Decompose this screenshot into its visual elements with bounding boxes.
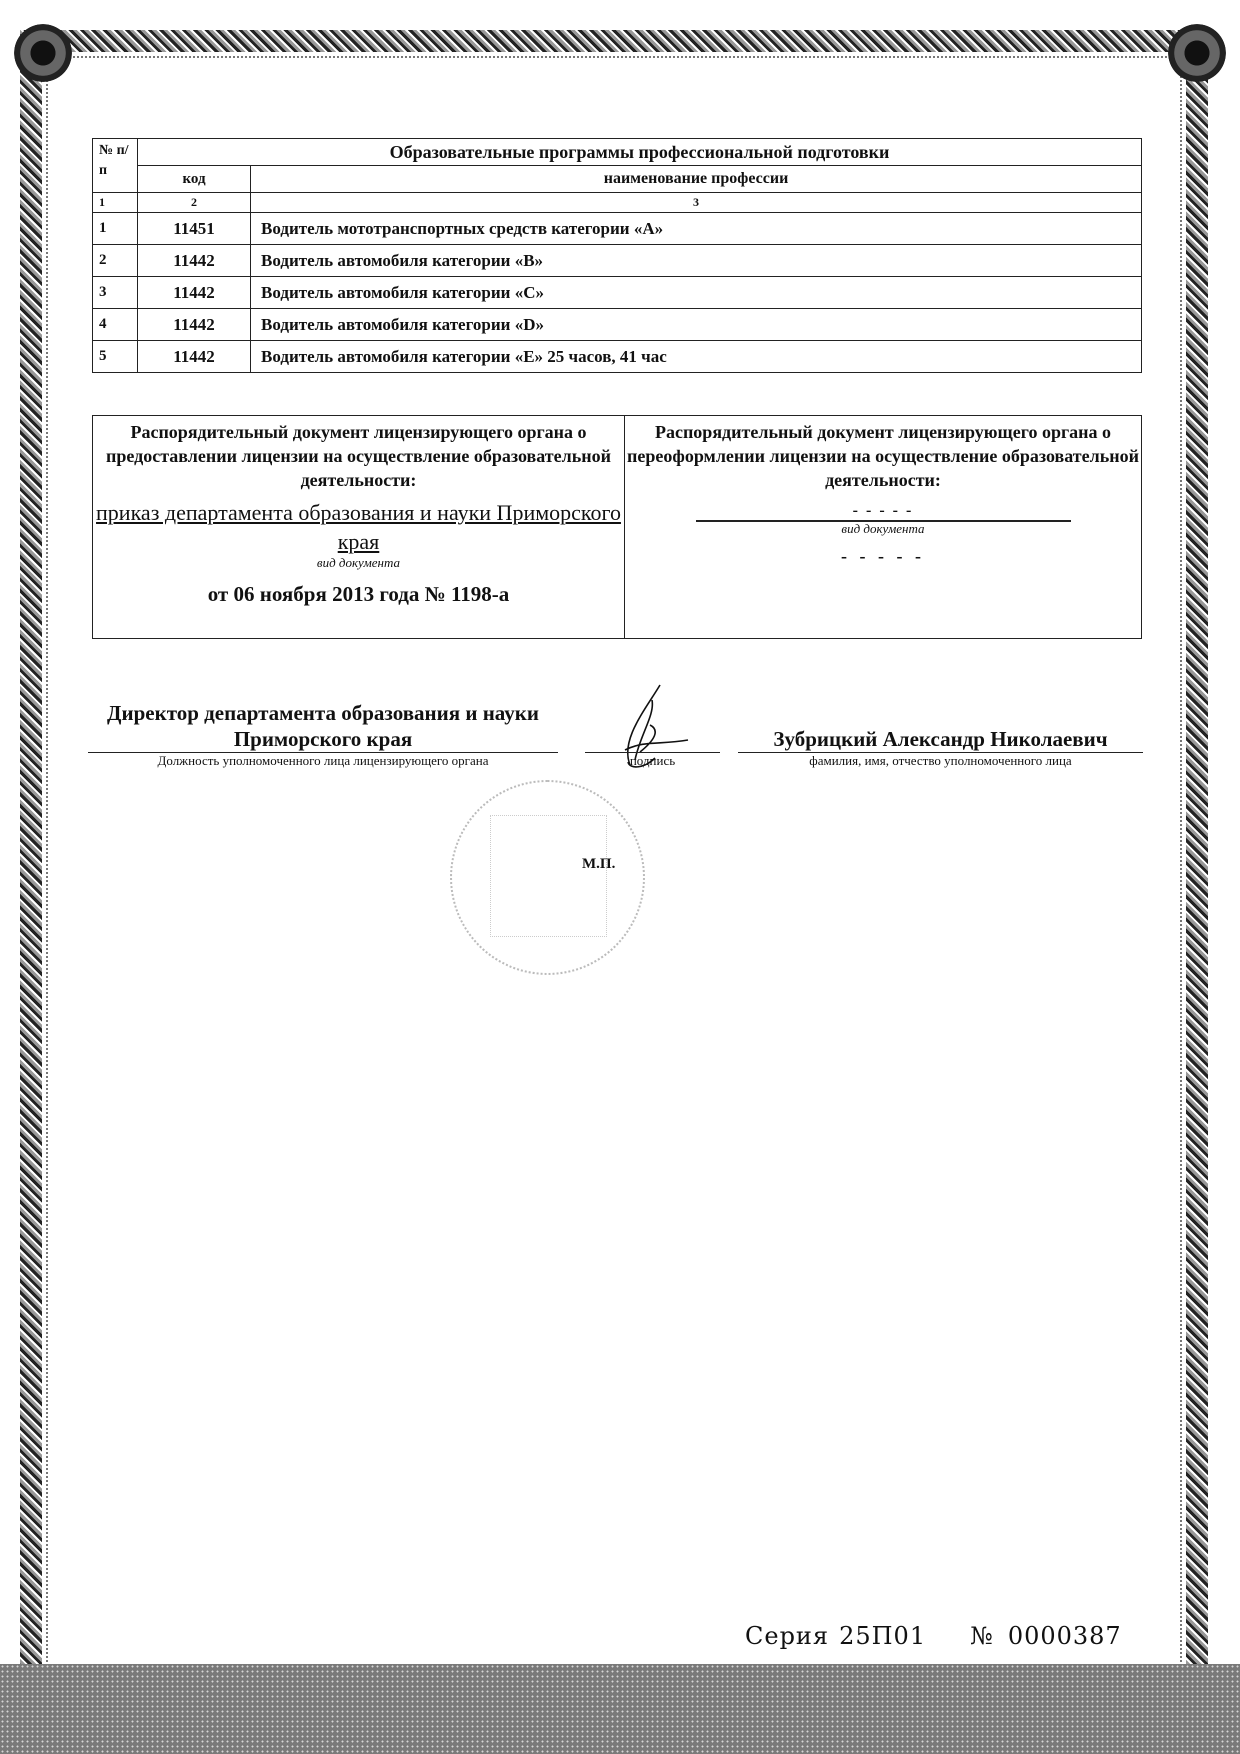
row-number: 1	[93, 213, 138, 245]
row-profession: Водитель автомобиля категории «Е» 25 час…	[251, 341, 1142, 373]
signer-full-name: Зубрицкий Александр Николаевич	[738, 727, 1143, 752]
column-index-row: 1 2 3	[93, 193, 1142, 213]
order-reissue-doc-kind: - - - - -	[696, 502, 1071, 522]
licensing-orders: Распорядительный документ лицензирующего…	[92, 415, 1142, 639]
table-row: 5 11442 Водитель автомобиля категории «Е…	[93, 341, 1142, 373]
position-caption: Должность уполномоченного лица лицензиру…	[88, 753, 558, 769]
corner-ornament-icon	[1168, 24, 1226, 82]
order-reissue-date: - - - - -	[625, 546, 1141, 567]
column-index: 1	[93, 193, 138, 213]
column-index: 3	[251, 193, 1142, 213]
order-reissue-box: Распорядительный документ лицензирующего…	[625, 416, 1141, 638]
table-row: 4 11442 Водитель автомобиля категории «D…	[93, 309, 1142, 341]
column-index: 2	[138, 193, 251, 213]
series-label: Серия	[745, 1622, 829, 1650]
header-number: № п/п	[93, 139, 138, 193]
name-caption: фамилия, имя, отчество уполномоченного л…	[738, 753, 1143, 769]
order-grant-date: от 06 ноября 2013 года № 1198-а	[93, 582, 624, 607]
row-code: 11442	[138, 341, 251, 373]
header-programs-title: Образовательные программы профессиональн…	[138, 139, 1142, 166]
order-grant-doc-caption: вид документа	[93, 556, 624, 570]
table-row: 3 11442 Водитель автомобиля категории «С…	[93, 277, 1142, 309]
row-code: 11442	[138, 277, 251, 309]
row-number: 2	[93, 245, 138, 277]
row-profession: Водитель автомобиля категории «В»	[251, 245, 1142, 277]
corner-ornament-icon	[14, 24, 72, 82]
number-label: №	[970, 1622, 994, 1650]
row-number: 3	[93, 277, 138, 309]
order-reissue-heading: Распорядительный документ лицензирующего…	[625, 420, 1141, 492]
number-value: 0000387	[1008, 1622, 1122, 1650]
order-grant-doc-kind: приказ департамента образования и науки …	[93, 498, 624, 556]
row-code: 11442	[138, 309, 251, 341]
row-number: 5	[93, 341, 138, 373]
table-row: 1 11451 Водитель мототранспортных средст…	[93, 213, 1142, 245]
programs-table: № п/п Образовательные программы професси…	[92, 138, 1142, 373]
order-grant-box: Распорядительный документ лицензирующего…	[93, 416, 625, 638]
signature-caption: подпись	[585, 753, 720, 769]
row-profession: Водитель автомобиля категории «С»	[251, 277, 1142, 309]
order-reissue-doc-caption: вид документа	[625, 522, 1141, 536]
order-grant-heading: Распорядительный документ лицензирующего…	[93, 420, 624, 492]
header-profession-name: наименование профессии	[251, 166, 1142, 193]
signer-position: Директор департамента образования и наук…	[88, 700, 558, 752]
row-code: 11442	[138, 245, 251, 277]
stamp-place-label: М.П.	[582, 856, 615, 873]
row-profession: Водитель мототранспортных средств катего…	[251, 213, 1142, 245]
form-series-number: Серия25П01№0000387	[745, 1622, 1122, 1650]
seal-emblem-icon	[490, 815, 607, 937]
row-code: 11451	[138, 213, 251, 245]
table-row: 2 11442 Водитель автомобиля категории «В…	[93, 245, 1142, 277]
header-code: код	[138, 166, 251, 193]
row-number: 4	[93, 309, 138, 341]
scan-bottom-band	[0, 1664, 1240, 1754]
row-profession: Водитель автомобиля категории «D»	[251, 309, 1142, 341]
series-value: 25П01	[839, 1622, 926, 1650]
